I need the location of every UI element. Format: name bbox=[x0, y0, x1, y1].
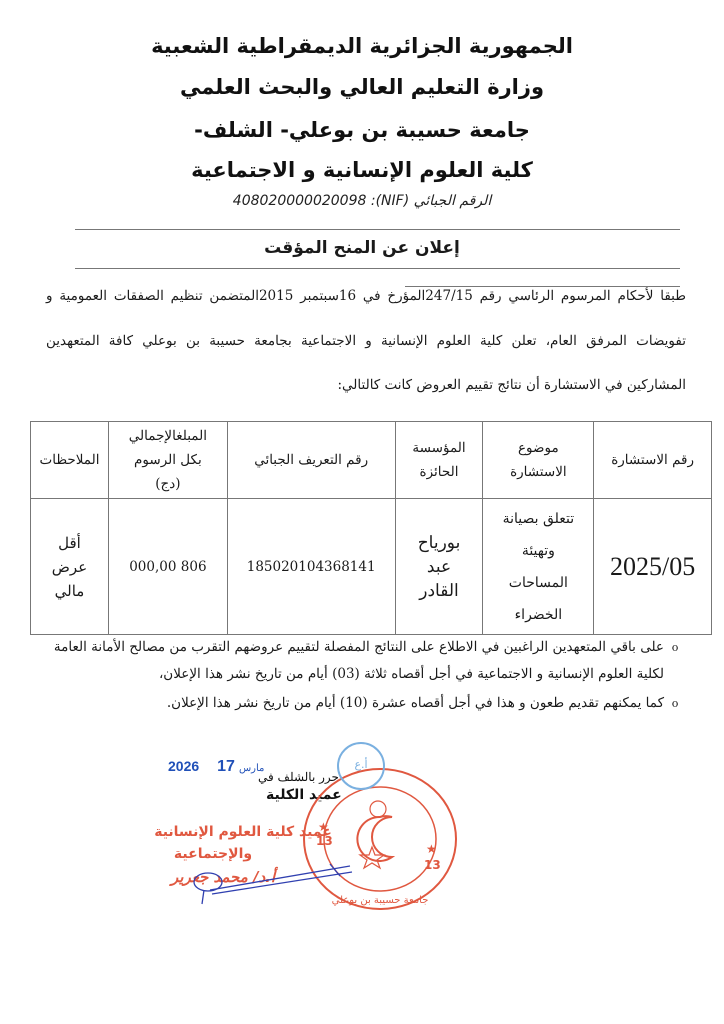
cell-consultation-no: 2025/05 bbox=[594, 499, 712, 635]
results-table: رقم الاستشارة موضوع الاستشارة المؤسسة ال… bbox=[30, 421, 712, 635]
intro-line-2: تفويضات المرفق العام، تعلن كلية العلوم ا… bbox=[46, 333, 686, 349]
note-1-cont: لكلية العلوم الإنسانية و الاجتماعية في أ… bbox=[36, 661, 686, 687]
col-winner: المؤسسة الحائزة bbox=[395, 422, 483, 499]
page-title: إعلان عن المنح المؤقت bbox=[0, 238, 724, 258]
date-year: 2026 bbox=[168, 758, 199, 774]
col-consultation-no: رقم الاستشارة bbox=[594, 422, 712, 499]
header-ministry: وزارة التعليم العالي والبحث العلمي bbox=[0, 75, 724, 99]
table-header-row: رقم الاستشارة موضوع الاستشارة المؤسسة ال… bbox=[31, 422, 712, 499]
note-2-text: كما يمكنهم تقديم طعون و هذا في أجل أقصاه… bbox=[167, 695, 664, 711]
header-university: جامعة حسيبة بن بوعلي- الشلف- bbox=[0, 118, 724, 142]
note-2: oكما يمكنهم تقديم طعون و هذا في أجل أقصا… bbox=[36, 690, 686, 717]
small-stamp-icon: أ.ع bbox=[335, 740, 387, 792]
svg-text:★: ★ bbox=[318, 820, 329, 834]
col-amount: المبلغالإجمالي بكل الرسوم (دج) bbox=[108, 422, 227, 499]
date-day: 17 bbox=[217, 758, 235, 775]
bullet-icon: o bbox=[664, 635, 686, 661]
note-1: oعلى باقي المتعهدين الراغبين في الاطلاع … bbox=[36, 634, 686, 661]
svg-text:★: ★ bbox=[426, 842, 437, 856]
date-stamp: 2026مارس17 bbox=[168, 758, 268, 776]
divider-top bbox=[75, 229, 680, 230]
cell-amount: 806 000,00 bbox=[108, 499, 227, 635]
col-tax-id: رقم التعريف الجبائي bbox=[227, 422, 395, 499]
cell-winner: بورياح عبد القادر bbox=[395, 499, 483, 635]
divider-bottom bbox=[75, 268, 680, 269]
table-row: 2025/05 تتعلق بصيانة وتهيئة المساحات الخ… bbox=[31, 499, 712, 635]
svg-text:أ.ع: أ.ع bbox=[354, 757, 367, 771]
bullet-icon: o bbox=[664, 691, 686, 717]
signature-scribble-icon bbox=[190, 860, 360, 905]
col-remarks: الملاحظات bbox=[31, 422, 109, 499]
header-republic: الجمهورية الجزائرية الديمقراطية الشعبية bbox=[0, 34, 724, 58]
svg-text:13: 13 bbox=[424, 858, 441, 872]
intro-line-3: المشاركين في الاستشارة أن نتائج تقييم ال… bbox=[46, 377, 686, 393]
svg-text:13: 13 bbox=[316, 834, 333, 848]
header-faculty: كلية العلوم الإنسانية و الاجتماعية bbox=[0, 158, 724, 182]
header-nif: الرقم الجبائي (NIF): 408020000020098 bbox=[0, 193, 724, 209]
intro-line-1: طبقا لأحكام المرسوم الرئاسي رقم 247/15ال… bbox=[46, 288, 686, 304]
cell-remarks: أقل عرض مالي bbox=[31, 499, 109, 635]
col-subject: موضوع الاستشارة bbox=[483, 422, 594, 499]
cell-subject: تتعلق بصيانة وتهيئة المساحات الخضراء bbox=[483, 499, 594, 635]
cell-tax-id: 185020104368141 bbox=[227, 499, 395, 635]
divider-short bbox=[405, 286, 680, 287]
note-1-line-1: على باقي المتعهدين الراغبين في الاطلاع ع… bbox=[54, 639, 664, 655]
